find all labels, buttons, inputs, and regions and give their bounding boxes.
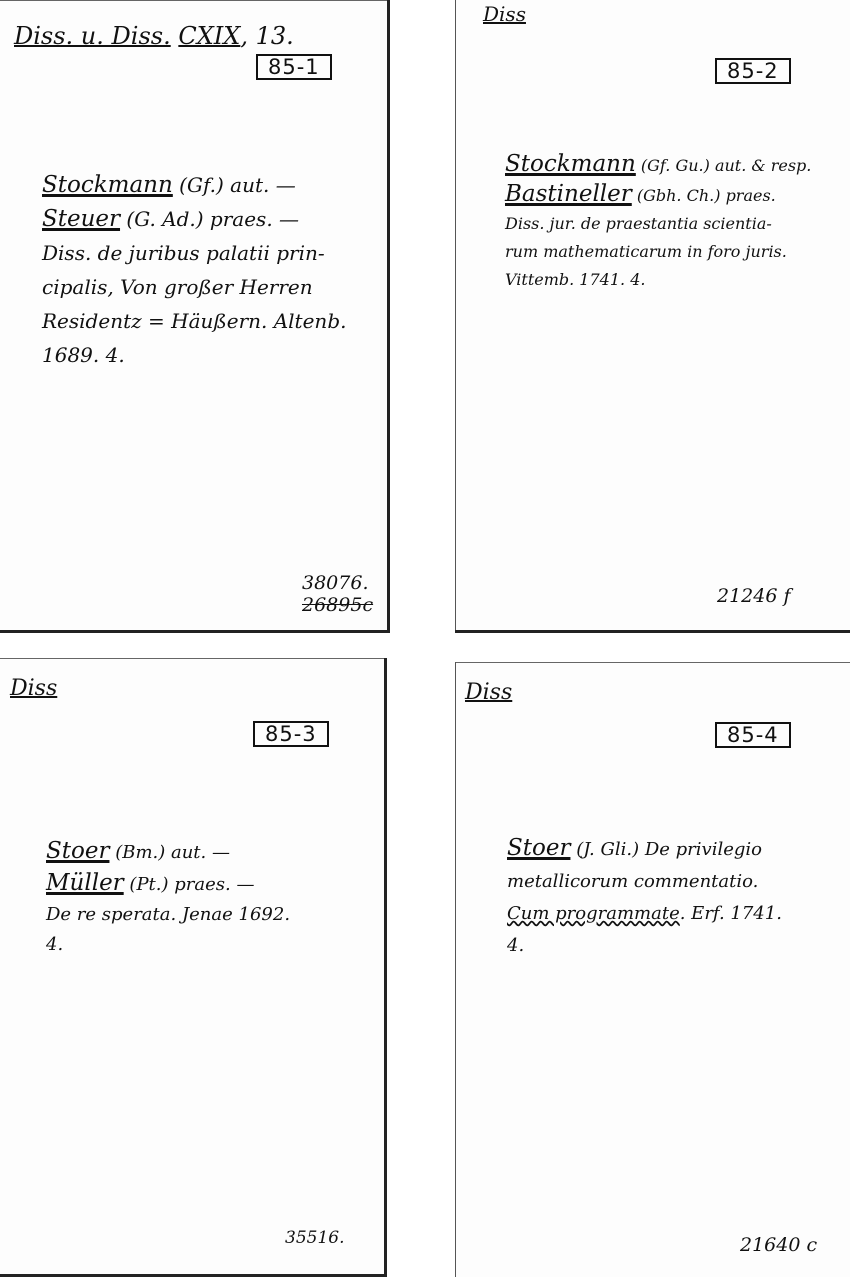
card-edge [387,0,390,633]
author-role: (J. Gli.) De privilegio [576,839,762,860]
author-name: Stoer [507,835,570,861]
shelfmark: Diss [10,676,57,701]
shelfmark-text: Diss [465,680,512,705]
card-edge [455,662,456,1277]
author-name: Stoer [46,838,109,864]
card-edge [0,658,387,659]
catalog-card-85-4: Diss 85-4 Stoer (J. Gli.) De privilegio … [455,662,850,1277]
entry-imprint: . Erf. 1741. [680,903,782,924]
shelfmark-text: Diss. u. Diss. [14,22,171,50]
accession-number: 38076. [302,572,373,594]
entry-line: Diss. jur. de praestantia scientia- [505,210,811,238]
entry-line: rum mathematicarum in foro juris. [505,238,811,266]
entry-line: metallicorum commentatio. [507,866,782,898]
call-number: 85-2 [715,58,791,84]
praeses-name: Steuer [42,206,120,232]
shelfmark-suffix: , 13. [240,22,293,50]
shelfmark-text: Diss [10,676,57,701]
entry-line: De re sperata. Jenae 1692. [46,900,290,930]
entry-line: cipalis, Von großer Herren [42,270,346,304]
entry-line: Vittemb. 1741. 4. [505,266,811,294]
entry-line: 4. [46,930,290,960]
call-number: 85-1 [256,54,332,80]
entry-line: Residentz = Häußern. Altenb. [42,304,346,338]
shelfmark-series: CXIX [178,22,240,50]
author-role: (Gf. Gu.) aut. & resp. [641,156,811,175]
praeses-name: Bastineller [505,181,632,207]
card-edge [455,630,850,633]
accession-number: 21640 c [740,1234,817,1256]
author-name: Stockmann [42,172,173,198]
accession-number: 35516. [285,1228,344,1248]
entry-line: 1689. 4. [42,338,346,372]
card-edge [384,658,387,1277]
catalog-entry: Stockmann (Gf.) aut. — Steuer (G. Ad.) p… [42,168,346,372]
card-edge [455,662,850,663]
card-edge [0,0,390,1]
call-number: 85-3 [253,721,329,747]
catalog-card-85-2: Diss 85-2 Stockmann (Gf. Gu.) aut. & res… [455,0,850,633]
praeses-name: Müller [46,870,124,896]
accession-number-block: 38076. 26895c [302,572,373,616]
catalog-card-85-3: Diss 85-3 Stoer (Bm.) aut. — Müller (Pt.… [0,658,387,1277]
catalog-entry: Stockmann (Gf. Gu.) aut. & resp. Bastine… [505,150,811,294]
author-role: (Gf.) aut. — [179,173,296,197]
card-edge [0,630,390,633]
call-number: 85-4 [715,722,791,748]
card-edge [455,0,456,633]
shelfmark: Diss. u. Diss. CXIX, 13. [14,22,294,50]
entry-line: Diss. de juribus palatii prin- [42,236,346,270]
author-name: Stockmann [505,151,636,177]
catalog-card-85-1: Diss. u. Diss. CXIX, 13. 85-1 Stockmann … [0,0,390,633]
catalog-entry: Stoer (Bm.) aut. — Müller (Pt.) praes. —… [46,836,290,960]
author-role: (Bm.) aut. — [115,842,230,863]
accession-number-old: 26895c [302,594,373,616]
shelfmark-text: Diss [483,2,526,26]
praeses-role: (Pt.) praes. — [129,874,254,895]
accession-number: 21246 f [717,585,791,607]
catalog-entry: Stoer (J. Gli.) De privilegio metallicor… [507,832,782,962]
entry-format: 4. [507,930,782,962]
shelfmark: Diss [483,2,526,26]
entry-subtitle: Cum programmate [507,903,680,924]
shelfmark: Diss [465,680,512,705]
praeses-role: (Gbh. Ch.) praes. [637,186,776,205]
praeses-role: (G. Ad.) praes. — [126,207,299,231]
